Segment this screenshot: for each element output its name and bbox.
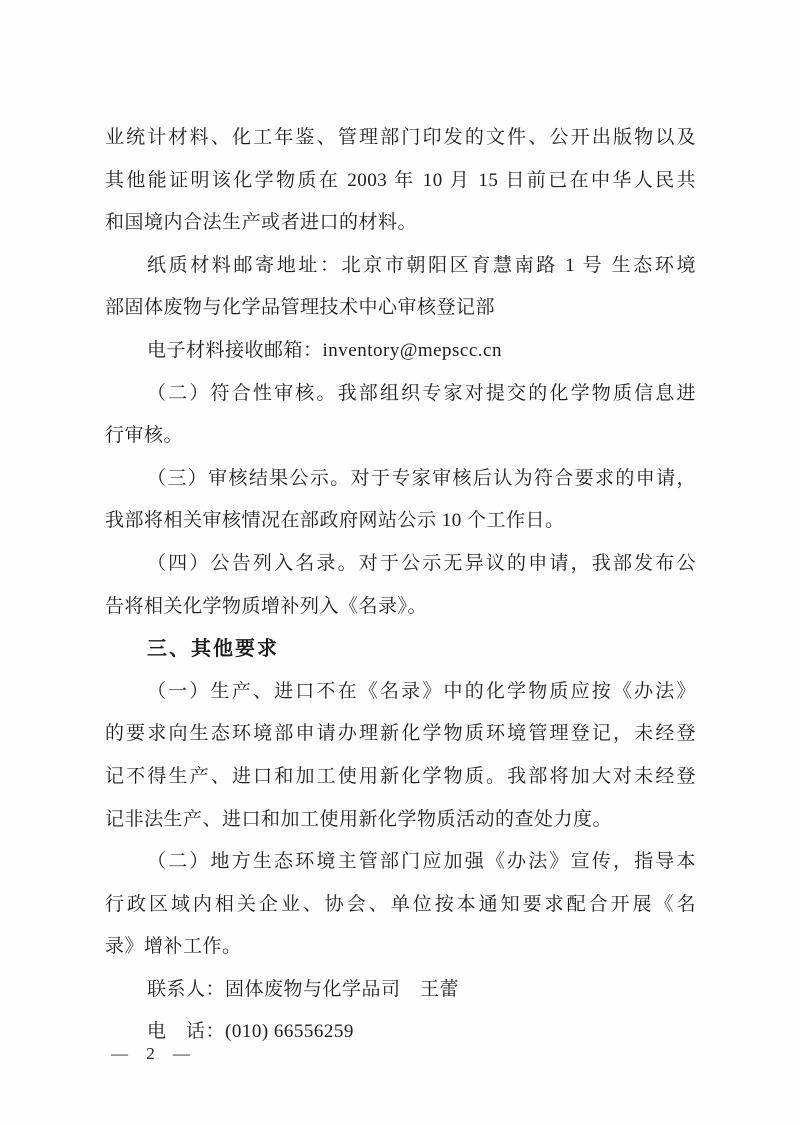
document-line-item-2b: 行政区域内相关企业、协会、单位按本通知要求配合开展《名 [105, 884, 696, 927]
document-line-item-2b: （二）地方生态环境主管部门应加强《办法》宣传，指导本 [105, 841, 696, 884]
document-line-item-1: 记非法生产、进口和加工使用新化学物质活动的查处力度。 [105, 799, 696, 842]
document-line-mailing-address: 部固体废物与化学品管理技术中心审核登记部 [105, 287, 696, 330]
document-line-item-3: （三）审核结果公示。对于专家审核后认为符合要求的申请， [105, 458, 696, 501]
document-page: 业统计材料、化工年鉴、管理部门印发的文件、公开出版物以及 其他能证明该化学物质在… [0, 0, 800, 1126]
document-line-item-1: （一）生产、进口不在《名录》中的化学物质应按《办法》 [105, 671, 696, 714]
page-number: — 2 — [111, 1044, 196, 1064]
document-line-item-2: （二）符合性审核。我部组织专家对提交的化学物质信息进 [105, 373, 696, 416]
document-line-item-3: 我部将相关审核情况在部政府网站公示 10 个工作日。 [105, 500, 696, 543]
document-line: 其他能证明该化学物质在 2003 年 10 月 15 日前已在中华人民共 [105, 160, 696, 203]
document-line: 和国境内合法生产或者进口的材料。 [105, 202, 696, 245]
document-line-item-4: 告将相关化学物质增补列入《名录》。 [105, 586, 696, 629]
document-line-mailing-address: 纸质材料邮寄地址：北京市朝阳区育慧南路 1 号 生态环境 [105, 245, 696, 288]
section-heading-other-requirements: 三、其他要求 [105, 628, 696, 671]
document-line-item-2: 行审核。 [105, 415, 696, 458]
document-line-item-1: 记不得生产、进口和加工使用新化学物质。我部将加大对未经登 [105, 756, 696, 799]
document-line-item-1: 的要求向生态环境部申请办理新化学物质环境管理登记，未经登 [105, 713, 696, 756]
document-line-contact-person: 联系人：固体废物与化学品司 王蕾 [105, 969, 696, 1012]
document-line-email: 电子材料接收邮箱：inventory@mepscc.cn [105, 330, 696, 373]
document-line: 业统计材料、化工年鉴、管理部门印发的文件、公开出版物以及 [105, 117, 696, 160]
document-line-item-4: （四）公告列入名录。对于公示无异议的申请，我部发布公 [105, 543, 696, 586]
document-line-item-2b: 录》增补工作。 [105, 926, 696, 969]
document-text-block: 业统计材料、化工年鉴、管理部门印发的文件、公开出版物以及 其他能证明该化学物质在… [105, 117, 696, 1054]
